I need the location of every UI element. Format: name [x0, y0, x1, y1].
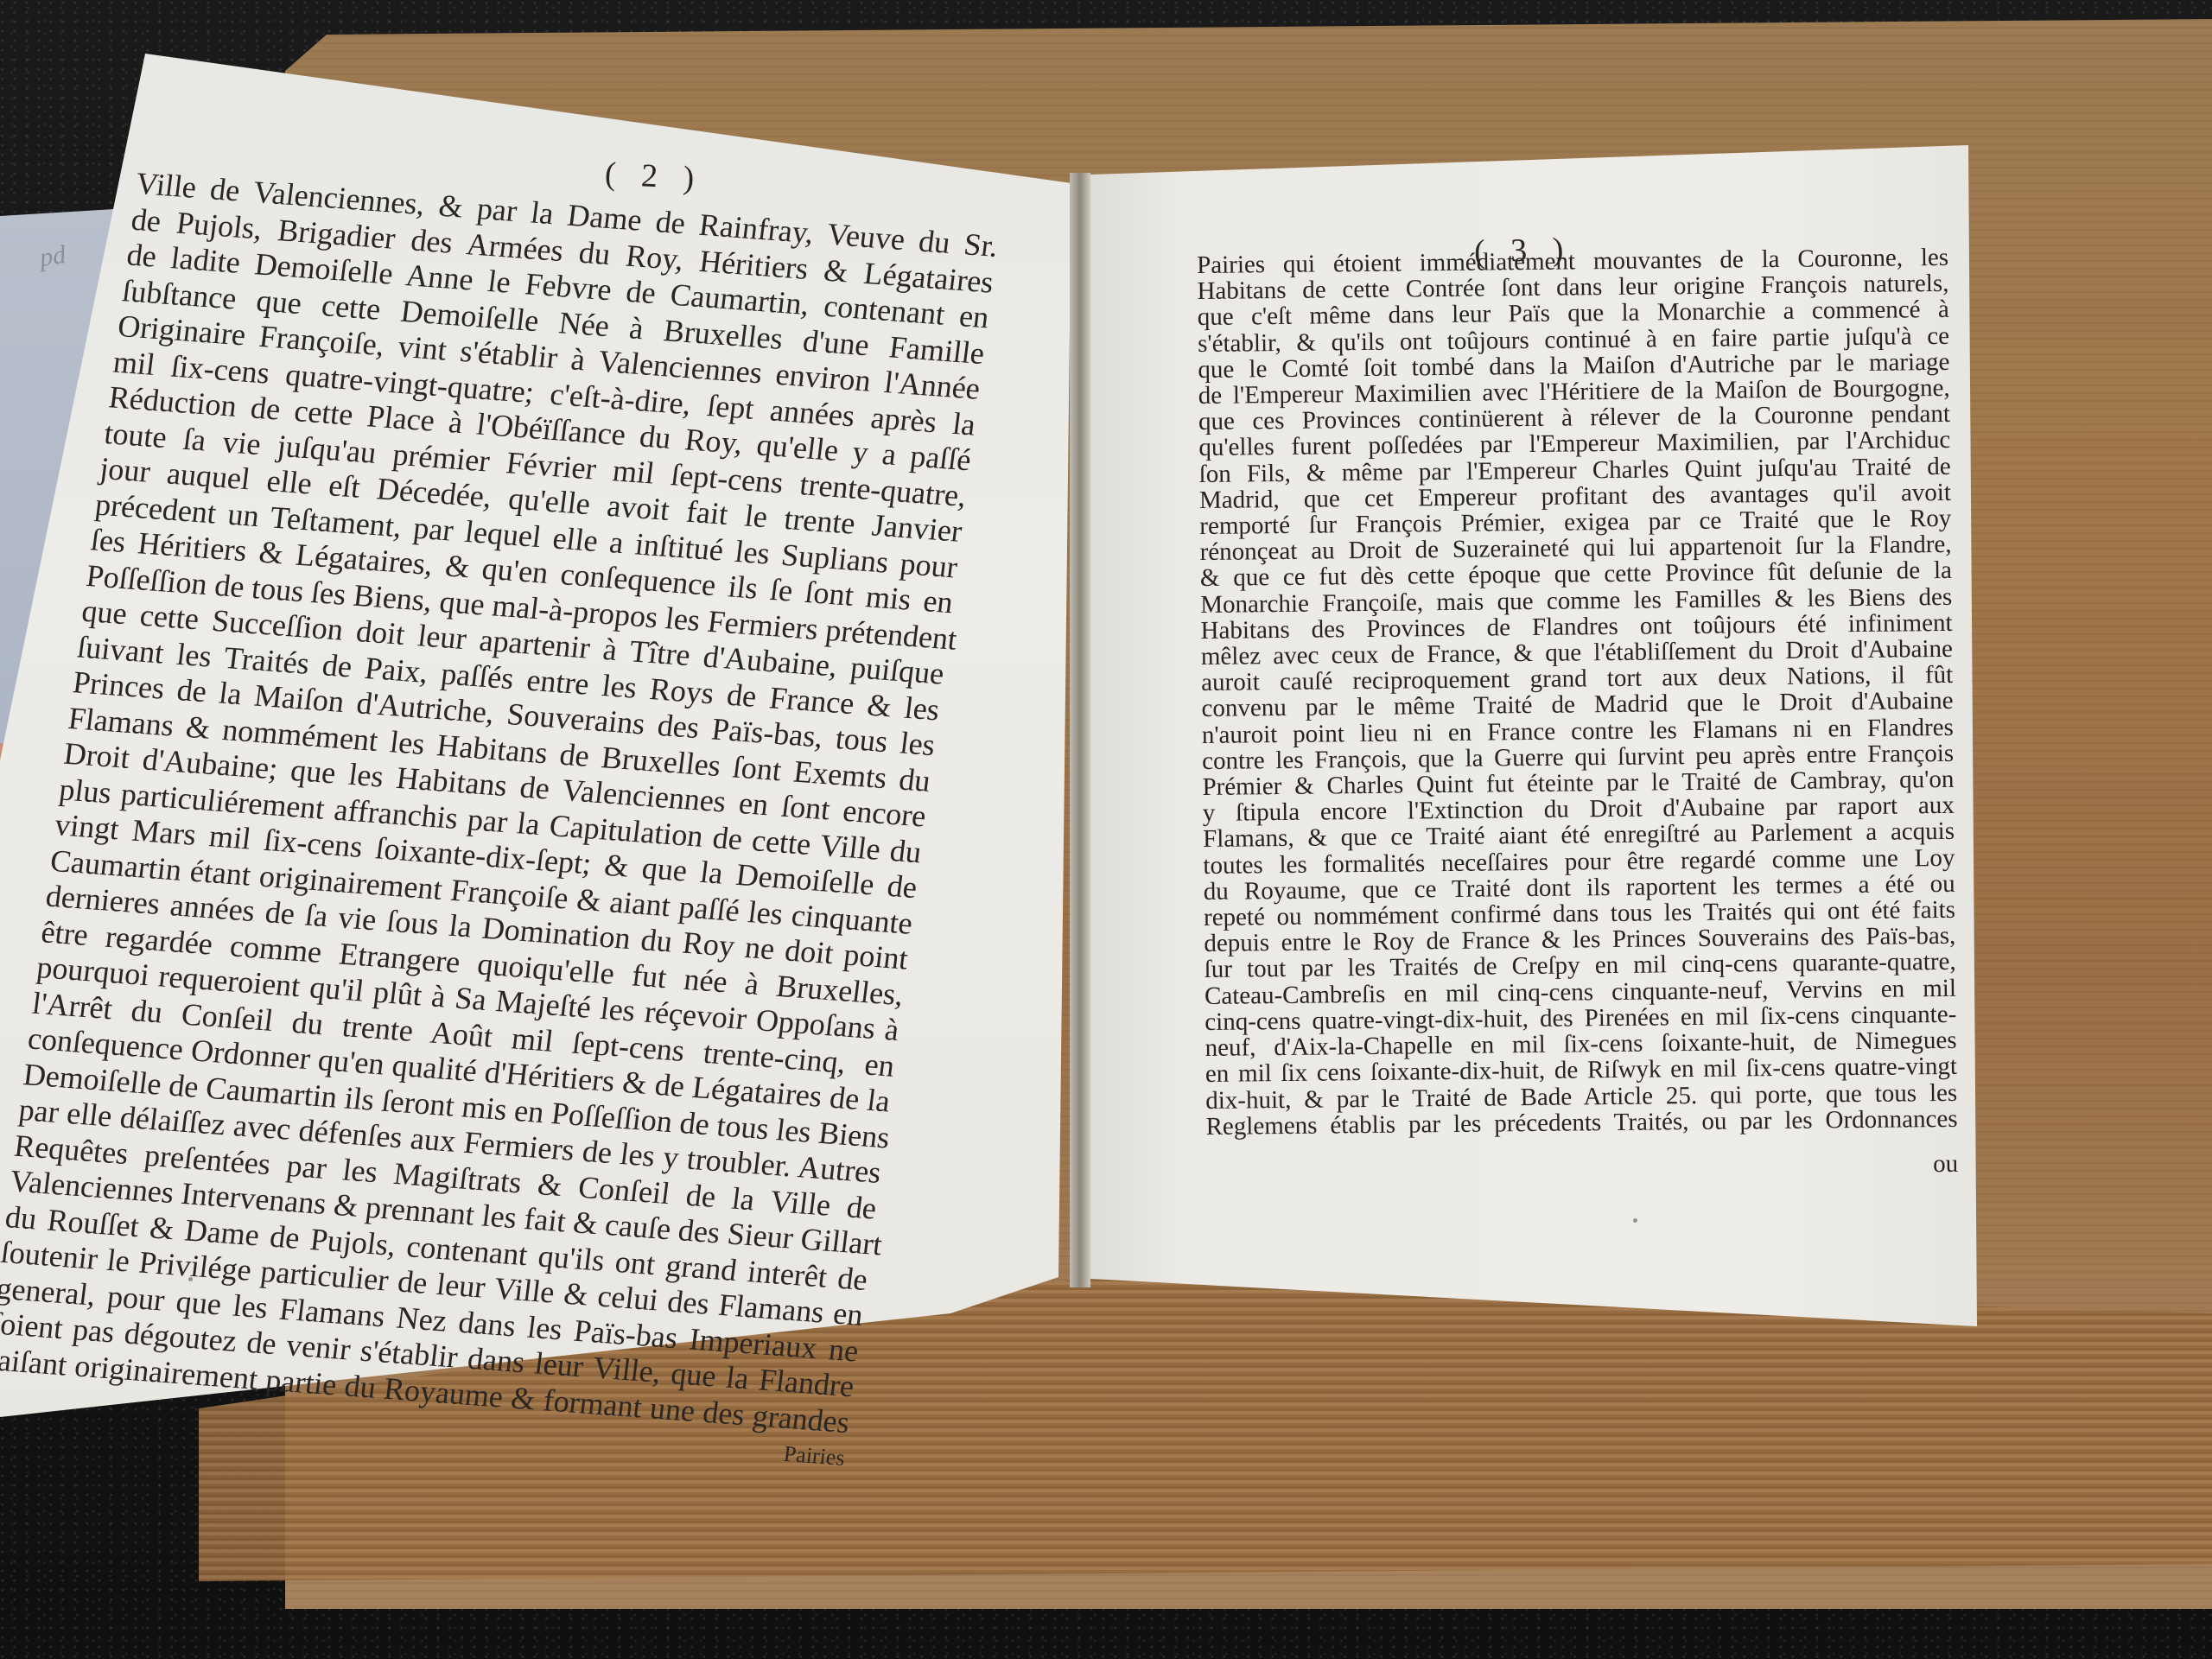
- paper-foxing-spot: [1633, 1218, 1637, 1223]
- margin-note: pd: [38, 240, 67, 273]
- paper-foxing-spot: [188, 1277, 193, 1281]
- right-page-text: Pairies qui étoient immédiatement mouvan…: [1197, 245, 1958, 1185]
- left-page-number: ( 2 ): [604, 155, 703, 198]
- book-gutter: [1070, 173, 1090, 1287]
- left-page-text: Ville de Valenciennes, & par la Dame de …: [0, 166, 1000, 1476]
- photo-scene: pd ( 2 ) ( 3 ) Ville de Valenciennes, & …: [0, 0, 2212, 1659]
